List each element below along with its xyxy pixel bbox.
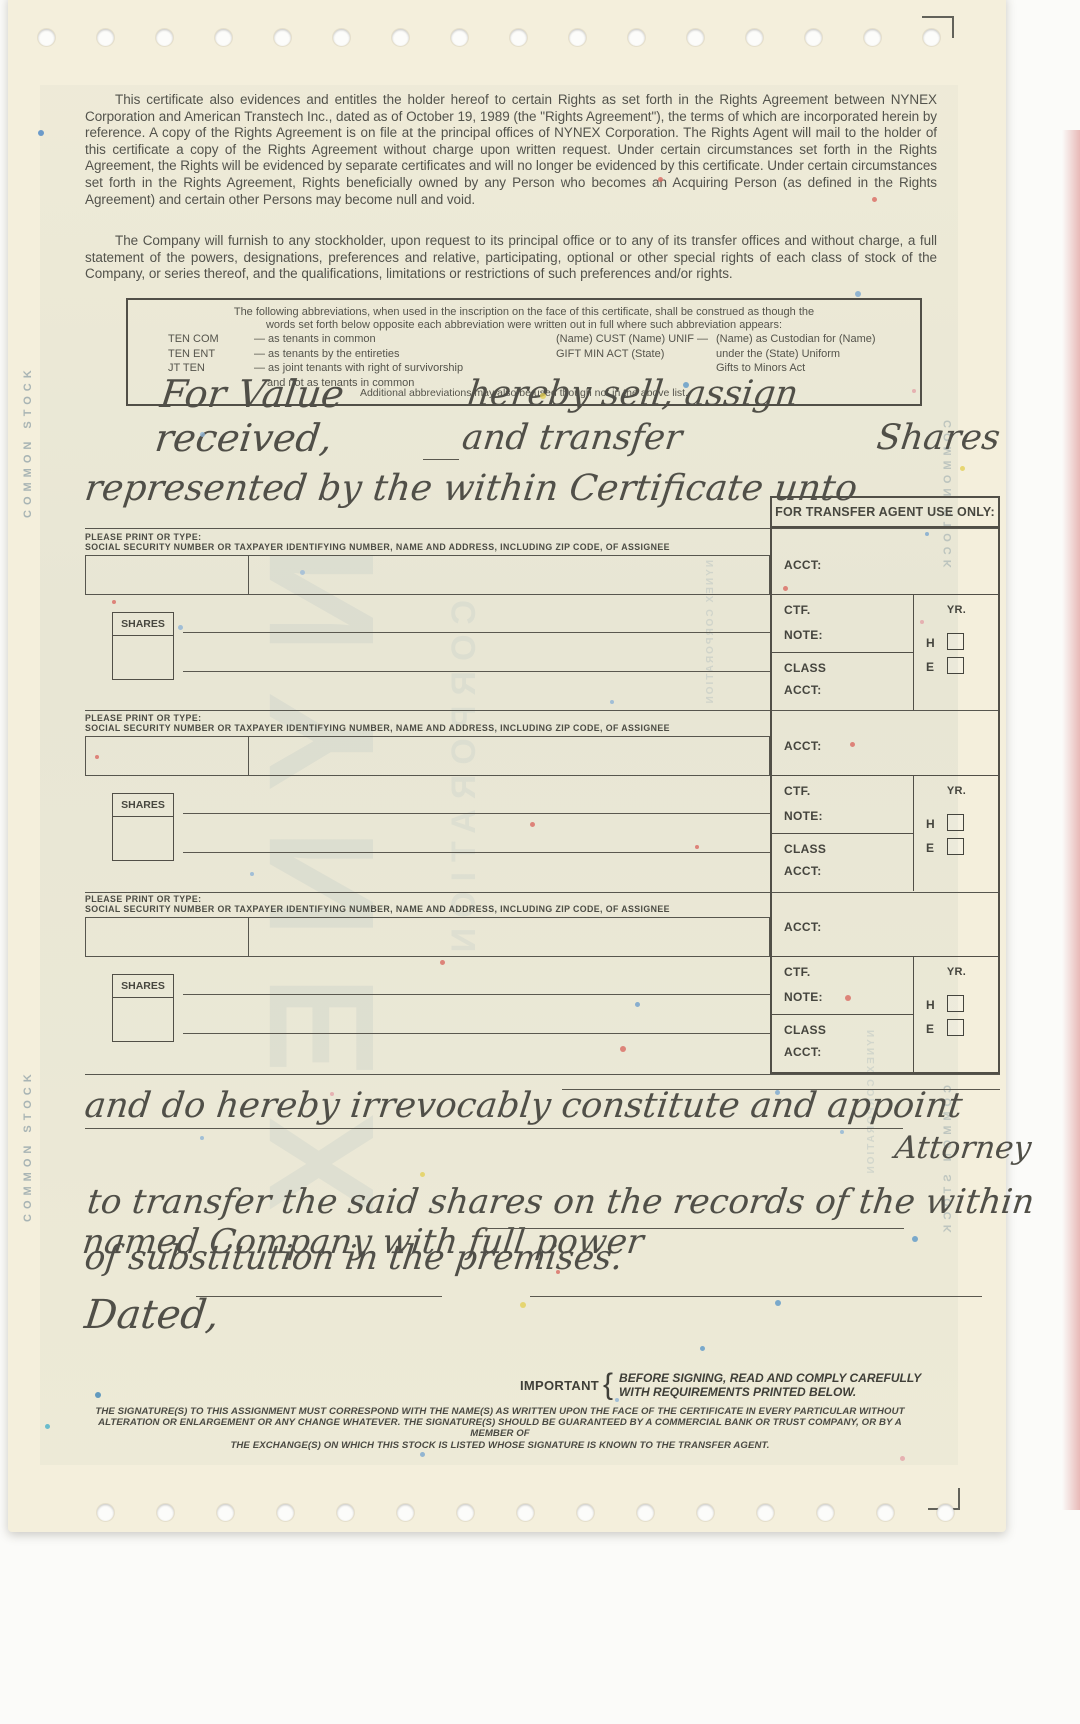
tractor-feed-hole [757,1504,774,1521]
tractor-feed-hole [277,1504,294,1521]
assignee-block-1: PLEASE PRINT OR TYPE: SOCIAL SECURITY NU… [85,528,1000,710]
attorney-name-line [562,1089,1000,1090]
tractor-feed-hole [628,29,645,46]
assignee-block-2: PLEASE PRINT OR TYPE: SOCIAL SECURITY NU… [85,709,1000,891]
script-dated: Dated, [82,1292,222,1338]
please-print-label: PLEASE PRINT OR TYPE: [85,894,201,904]
paper-speckle [300,570,305,575]
shares-field-label: SHARES [113,613,173,636]
transfer-agent-box-header: FOR TRANSFER AGENT USE ONLY: [770,496,1000,528]
checkbox-e [947,1019,964,1036]
note-label: NOTE: [784,628,823,642]
acct-label: ACCT: [784,558,822,572]
class-acct-label: ACCT: [784,864,822,878]
tractor-feed-hole [97,1504,114,1521]
tractor-feed-hole [157,1504,174,1521]
scanned-certificate-back: NYNEX CORPORATION NYNEX CORPORATION NYNE… [0,0,1080,1724]
acct-label: ACCT: [784,739,822,753]
script-substitution: of substitution in the premises. [83,1238,625,1278]
e-label: E [926,841,934,855]
tractor-feed-hole [577,1504,594,1521]
paper-speckle [250,872,254,876]
tractor-feed-hole [569,29,586,46]
class-row-divider [770,1014,913,1015]
paper-speckle [530,822,535,827]
writing-line [183,1033,770,1034]
please-print-label: PLEASE PRINT OR TYPE: [85,713,201,723]
rights-agreement-paragraph: This certificate also evidences and enti… [85,92,937,208]
table-row-divider [770,594,1000,595]
ssn-instruction-label: SOCIAL SECURITY NUMBER OR TAXPAYER IDENT… [85,542,670,552]
abbreviations-intro: The following abbreviations, when used i… [128,306,920,332]
writing-line [183,994,770,995]
ssn-name-address-field [85,736,770,776]
script-represented-by: represented by the within Certificate un… [82,468,859,509]
checkbox-e [947,657,964,674]
tractor-feed-hole [397,1504,414,1521]
paper-speckle [38,130,44,136]
date-line [196,1296,442,1297]
class-label: CLASS [784,1023,826,1037]
signature-line-2 [530,1296,982,1297]
paper-speckle [872,197,877,202]
tractor-feed-hole [392,29,409,46]
writing-line [183,632,770,633]
table-row-divider [770,956,1000,957]
checkbox-h [947,633,964,650]
yr-label: YR. [913,785,1000,797]
paper-speckle [420,1172,425,1177]
paper-speckle [912,389,916,393]
paper-speckle [695,845,699,849]
shares-field: SHARES [112,793,174,861]
ssn-field-divider [248,917,249,957]
tractor-feed-hole [510,29,527,46]
shares-field: SHARES [112,974,174,1042]
important-brace: { [603,1368,613,1402]
tractor-feed-hole [457,1504,474,1521]
acct-label: ACCT: [784,920,822,934]
note-label: NOTE: [784,990,823,1004]
furnish-statement-paragraph: The Company will furnish to any stockhol… [85,233,937,283]
paper-speckle [330,1092,334,1096]
tractor-feed-hole [923,29,940,46]
ssn-field-divider [248,555,249,595]
paper-speckle [420,1452,425,1457]
paper-speckle [615,1398,619,1402]
class-label: CLASS [784,661,826,675]
class-row-divider [770,833,913,834]
paper-speckle [635,1002,640,1007]
tractor-feed-hole [333,29,350,46]
h-label: H [926,817,935,831]
tractor-feed-hole [687,29,704,46]
tractor-feed-hole [697,1504,714,1521]
tractor-feed-hole [877,1504,894,1521]
paper-speckle [178,625,183,630]
paper-speckle [920,620,924,624]
ctf-label: CTF. [784,784,811,798]
tractor-feed-hole [274,29,291,46]
paper-speckle [775,1300,781,1306]
ssn-instruction-label: SOCIAL SECURITY NUMBER OR TAXPAYER IDENT… [85,723,670,733]
ssn-name-address-field [85,555,770,595]
for-value-received-line: For Value received, hereby sell, assign … [158,404,1000,460]
paper-speckle [783,586,788,591]
e-label: E [926,660,934,674]
class-label: CLASS [784,842,826,856]
class-acct-label: ACCT: [784,1045,822,1059]
paper-speckle [540,393,546,399]
seller-blank-line [423,415,459,460]
paper-speckle [850,742,855,747]
paper-speckle [95,1392,101,1398]
paper-speckle [960,466,965,471]
ctf-label: CTF. [784,603,811,617]
signature-line [480,1228,904,1229]
writing-line [183,813,770,814]
yr-label: YR. [913,604,1000,616]
tractor-feed-hole [451,29,468,46]
adjacent-form-edge [1062,130,1080,1510]
section-rule-4 [85,1074,1000,1075]
attorney-name-line-2 [85,1128,903,1129]
paper-speckle [610,700,614,704]
tractor-feed-hole [97,29,114,46]
tractor-feed-hole [156,29,173,46]
ssn-instruction-label: SOCIAL SECURITY NUMBER OR TAXPAYER IDENT… [85,904,670,914]
tractor-feed-hole [215,29,232,46]
paper-speckle [900,1456,905,1461]
paper-speckle [440,960,445,965]
paper-speckle [855,291,861,297]
tractor-feed-hole [805,29,822,46]
paper-speckle [700,1346,705,1351]
paper-speckle [200,432,205,437]
paper-speckle [683,382,689,388]
ssn-name-address-field [85,917,770,957]
note-label: NOTE: [784,809,823,823]
checkbox-h [947,814,964,831]
paper-speckle [556,1270,560,1274]
tractor-feed-hole [864,29,881,46]
script-attorney: Attorney [893,1130,1033,1166]
checkbox-e [947,838,964,855]
shares-field: SHARES [112,612,174,680]
paper-speckle [520,1302,526,1308]
paper-speckle [112,600,116,604]
paper-speckle [845,995,851,1001]
tractor-feed-hole [937,1504,954,1521]
shares-field-label: SHARES [113,975,173,998]
assignee-block-3: PLEASE PRINT OR TYPE: SOCIAL SECURITY NU… [85,890,1000,1072]
script-for-value: For Value received, [153,372,429,460]
paper-speckle [45,1424,50,1429]
table-row-divider [770,775,1000,776]
signature-guarantee-notice: THE SIGNATURE(S) TO THIS ASSIGNMENT MUST… [85,1406,915,1451]
paper-speckle [620,1046,626,1052]
abbreviations-list-right: (Name) CUST (Name) UNIF — GIFT MIN ACT (… [556,332,876,376]
class-acct-label: ACCT: [784,683,822,697]
yr-label: YR. [913,966,1000,978]
h-label: H [926,636,935,650]
paper-speckle [658,177,663,182]
e-label: E [926,1022,934,1036]
class-row-divider [770,652,913,653]
important-label: IMPORTANT [520,1378,599,1393]
writing-line [183,852,770,853]
shares-field-label: SHARES [113,794,173,817]
h-label: H [926,998,935,1012]
tractor-feed-hole [637,1504,654,1521]
paper-speckle [95,755,99,759]
tractor-feed-hole [217,1504,234,1521]
paper-speckle [775,1090,780,1095]
tractor-feed-hole [517,1504,534,1521]
paper-speckle [200,1136,204,1140]
please-print-label: PLEASE PRINT OR TYPE: [85,532,201,542]
tractor-feed-hole [337,1504,354,1521]
paper-speckle [840,1130,844,1134]
tractor-feed-hole [817,1504,834,1521]
tractor-feed-hole [746,29,763,46]
script-shares: Shares [875,416,1003,460]
important-notice: IMPORTANT { BEFORE SIGNING, READ AND COM… [520,1368,921,1402]
paper-speckle [912,1236,918,1242]
ssn-field-divider [248,736,249,776]
script-constitute-appoint: and do hereby irrevocably constitute and… [83,1086,965,1126]
tractor-feed-hole [38,29,55,46]
ctf-label: CTF. [784,965,811,979]
paper-speckle [925,532,929,536]
writing-line [183,671,770,672]
checkbox-h [947,995,964,1012]
script-sell-assign: hereby sell, assign and transfer [460,372,871,460]
